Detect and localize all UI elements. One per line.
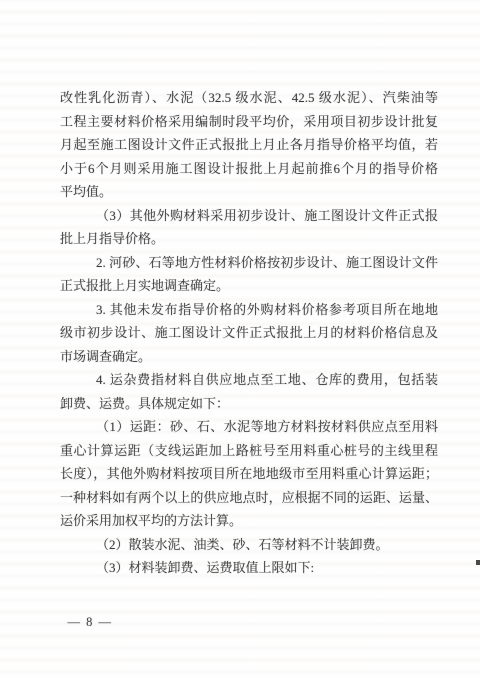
text-line: 重心计算运距（支线运距加上路桩号至用料重心桩号的主线里程 xyxy=(60,439,438,463)
page-number: — 8 — xyxy=(60,615,120,630)
text-line: 4. 运杂费指材料自供应地点至工地、仓库的费用，包括装 xyxy=(60,368,438,392)
text-line: 长度），其他外购材料按项目所在地地级市至用料重心计算运距； xyxy=(60,462,438,486)
text-block: 改性乳化沥青）、水泥（32.5 级水泥、42.5 级水泥）、汽柴油等工程主要材料… xyxy=(60,86,438,580)
text-line: 正式报批上月实地调查确定。 xyxy=(60,274,438,298)
text-line: 3. 其他未发布指导价格的外购材料价格参考项目所在地地 xyxy=(60,298,438,322)
text-line: （3）其他外购材料采用初步设计、施工图设计文件正式报 xyxy=(60,204,438,228)
text-line: 运价采用加权平均的方法计算。 xyxy=(60,509,438,533)
scanned-document-page: 改性乳化沥青）、水泥（32.5 级水泥、42.5 级水泥）、汽柴油等工程主要材料… xyxy=(0,0,480,678)
text-line: 市场调查确定。 xyxy=(60,345,438,369)
scan-artifact xyxy=(476,560,480,565)
text-line: 工程主要材料价格采用编制时段平均价，采用项目初步设计批复 xyxy=(60,110,438,134)
text-line: （1）运距：砂、石、水泥等地方材料按材料供应点至用料 xyxy=(60,415,438,439)
text-line: 批上月指导价格。 xyxy=(60,227,438,251)
text-line: 平均值。 xyxy=(60,180,438,204)
text-line: 小于6个月则采用施工图设计报批上月起前推6个月的指导价格 xyxy=(60,157,438,181)
text-line: 级市初步设计、施工图设计文件正式报批上月的材料价格信息及 xyxy=(60,321,438,345)
text-line: 卸费、运费。具体规定如下： xyxy=(60,392,438,416)
text-line: 2. 河砂、石等地方性材料价格按初步设计、施工图设计文件 xyxy=(60,251,438,275)
text-line: 月起至施工图设计文件正式报批上月止各月指导价格平均值，若 xyxy=(60,133,438,157)
text-line: （3）材料装卸费、运费取值上限如下: xyxy=(60,556,438,580)
text-line: 改性乳化沥青）、水泥（32.5 级水泥、42.5 级水泥）、汽柴油等 xyxy=(60,86,438,110)
text-line: 一种材料如有两个以上的供应地点时，应根据不同的运距、运量、 xyxy=(60,486,438,510)
text-line: （2）散装水泥、油类、砂、石等材料不计装卸费。 xyxy=(60,533,438,557)
